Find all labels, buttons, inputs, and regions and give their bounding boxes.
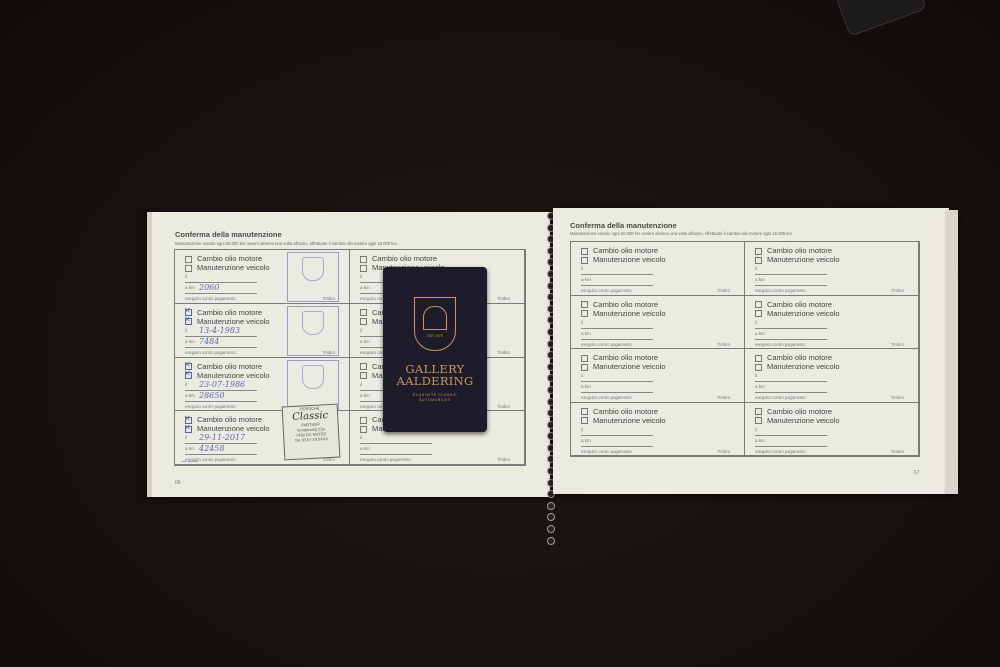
km-line: a km xyxy=(755,331,827,340)
option-label: Manutenzione veicolo xyxy=(767,255,840,264)
service-entry: Cambio olio motoreManutenzione veicoloil… xyxy=(745,296,919,350)
stamp-label: Timbro xyxy=(891,395,904,400)
date-line: il xyxy=(185,274,257,283)
checkbox-icon xyxy=(581,257,588,264)
service-option: Manutenzione veicolo xyxy=(185,317,270,326)
paid-label: eseguito contro pagamento xyxy=(755,288,806,293)
checkbox-icon xyxy=(581,408,588,415)
checkbox-icon xyxy=(581,301,588,308)
stamp-label: Timbro xyxy=(717,288,730,293)
oil-change-option: Cambio olio motore xyxy=(185,254,262,263)
oil-change-option: Cambio olio motore xyxy=(185,415,262,424)
option-label: Cambio olio motore xyxy=(593,407,658,416)
stamp-label: Timbro xyxy=(497,296,510,301)
checkbox-icon xyxy=(755,355,762,362)
option-label: Manutenzione veicolo xyxy=(197,371,270,380)
km-label: a km xyxy=(581,438,591,443)
paid-label: eseguito contro pagamento xyxy=(360,457,411,462)
service-entry: Cambio olio motoreManutenzione veicoloil… xyxy=(175,411,350,465)
page-title: Conferma della manutenzione xyxy=(175,230,282,239)
option-label: Cambio olio motore xyxy=(197,254,262,263)
crest-icon xyxy=(302,311,324,335)
date-line: il xyxy=(581,427,653,436)
checkbox-icon xyxy=(755,257,762,264)
date-line: il xyxy=(755,320,827,329)
service-entry: Cambio olio motoreManutenzione veicoloil… xyxy=(175,358,350,412)
checkbox-icon xyxy=(581,310,588,317)
dealer-stamp xyxy=(287,360,339,410)
service-entry: Cambio olio motoreManutenzione veicoloil… xyxy=(571,296,745,350)
km-label: a km xyxy=(360,393,370,398)
km-line: a km xyxy=(581,438,653,447)
stamp-label: Timbro xyxy=(891,342,904,347)
option-label: Manutenzione veicolo xyxy=(593,309,666,318)
checkbox-icon xyxy=(581,364,588,371)
checkbox-icon xyxy=(360,426,367,433)
checkbox-icon xyxy=(360,417,367,424)
handwritten-km: 7484 xyxy=(199,337,219,346)
checkbox-icon xyxy=(755,408,762,415)
km-label: a km xyxy=(581,384,591,389)
oil-change-option: Cambio olio motore xyxy=(581,246,658,255)
service-entry: Cambio olio motoreManutenzione veicoloil… xyxy=(175,250,350,304)
option-label: Manutenzione veicolo xyxy=(197,263,270,272)
page-number: 67 xyxy=(914,470,920,476)
km-label: a km xyxy=(360,285,370,290)
option-label: Manutenzione veicolo xyxy=(767,416,840,425)
service-option: Manutenzione veicolo xyxy=(581,362,666,371)
date-line: il xyxy=(581,373,653,382)
paid-label: eseguito contro pagamento xyxy=(185,404,236,409)
page-subtitle: Manutenzione veicolo ogni 20.000 km ovve… xyxy=(175,241,398,246)
km-label: a km xyxy=(185,339,195,344)
handwritten-km: 2060 xyxy=(199,283,219,292)
km-label: a km xyxy=(755,331,765,336)
page-edge xyxy=(946,210,958,494)
stamp-label: Timbro xyxy=(717,395,730,400)
dealer-stamp xyxy=(287,252,339,302)
option-label: Cambio olio motore xyxy=(593,246,658,255)
option-label: Manutenzione veicolo xyxy=(197,424,270,433)
service-entry: Cambio olio motoreManutenzione veicoloil… xyxy=(745,242,919,296)
service-option: Manutenzione veicolo xyxy=(755,309,840,318)
km-label: a km xyxy=(185,446,195,451)
km-line: a km xyxy=(581,331,653,340)
date-line: il xyxy=(755,427,827,436)
km-line: a km xyxy=(581,277,653,286)
stamp-label: Timbro xyxy=(497,350,510,355)
option-label: Cambio olio motore xyxy=(767,407,832,416)
page-subtitle: Manutenzione veicolo ogni 20.000 km ovve… xyxy=(570,231,793,236)
paid-label: eseguito contro pagamento xyxy=(755,449,806,454)
oil-change-option: Cambio olio motore xyxy=(581,407,658,416)
km-label: a km xyxy=(185,393,195,398)
paid-label: eseguito contro pagamento xyxy=(755,395,806,400)
page-number: 66 xyxy=(175,480,181,486)
checkbox-icon xyxy=(185,256,192,263)
stamp-label: Timbro xyxy=(717,342,730,347)
km-label: a km xyxy=(581,277,591,282)
tagline-line-2: AUTOMOBILES xyxy=(383,398,487,403)
checkbox-icon xyxy=(755,310,762,317)
km-line: a km xyxy=(185,339,257,348)
km-line: a km xyxy=(360,446,432,455)
est-label: EST 1975 xyxy=(415,334,455,338)
checkbox-icon xyxy=(581,417,588,424)
handwritten-signature: ~~~ xyxy=(181,458,199,466)
handwritten-date: 29-11-2017 xyxy=(199,433,245,442)
oil-change-option: Cambio olio motore xyxy=(581,300,658,309)
left-page: Conferma della manutenzione Manutenzione… xyxy=(147,212,550,497)
service-option: Manutenzione veicolo xyxy=(185,371,270,380)
stamp-label: Timbro xyxy=(497,457,510,462)
date-line: il xyxy=(581,320,653,329)
option-label: Manutenzione veicolo xyxy=(767,362,840,371)
date-line: il xyxy=(755,373,827,382)
option-label: Cambio olio motore xyxy=(197,362,262,371)
option-label: Cambio olio motore xyxy=(767,246,832,255)
brand-tagline: EXQUISITE CLASSIC AUTOMOBILES xyxy=(383,393,487,403)
coil-ring xyxy=(547,513,555,521)
checkbox-icon xyxy=(360,363,367,370)
page-title: Conferma della manutenzione xyxy=(570,221,677,230)
option-label: Cambio olio motore xyxy=(197,415,262,424)
checkbox-icon xyxy=(581,355,588,362)
oil-change-option: Cambio olio motore xyxy=(360,254,437,263)
option-label: Cambio olio motore xyxy=(593,353,658,362)
service-option: Manutenzione veicolo xyxy=(755,416,840,425)
porsche-classic-stamp: PORSCHE Classic PARTNER Vonderweg 23a 74… xyxy=(282,404,341,461)
handwritten-date: 13-4-1983 xyxy=(199,326,240,335)
oil-change-option: Cambio olio motore xyxy=(755,407,832,416)
checkbox-icon xyxy=(360,256,367,263)
crest-icon xyxy=(302,257,324,281)
km-line: a km xyxy=(755,384,827,393)
checkbox-icon xyxy=(185,426,192,433)
right-page: Conferma della manutenzione Manutenzione… xyxy=(553,208,949,494)
checkbox-icon xyxy=(185,318,192,325)
stamp-label: Timbro xyxy=(497,404,510,409)
brand-name: GALLERY AALDERING xyxy=(383,363,487,387)
stamp-phone: Tel. 0547-XXXXXX xyxy=(284,436,338,444)
service-entry: Cambio olio motoreManutenzione veicoloil… xyxy=(571,403,745,457)
service-entry: Cambio olio motoreManutenzione veicoloil… xyxy=(745,349,919,403)
stamp-label: Timbro xyxy=(891,449,904,454)
service-option: Manutenzione veicolo xyxy=(581,416,666,425)
paid-label: eseguito contro pagamento xyxy=(581,449,632,454)
checkbox-icon xyxy=(360,318,367,325)
checkbox-icon xyxy=(581,248,588,255)
paid-label: eseguito contro pagamento xyxy=(755,342,806,347)
option-label: Cambio olio motore xyxy=(593,300,658,309)
service-option: Manutenzione veicolo xyxy=(185,263,270,272)
brand-line-2: AALDERING xyxy=(383,375,487,387)
checkbox-icon xyxy=(360,309,367,316)
phone-corner xyxy=(835,0,927,37)
handwritten-date: 23-07-1986 xyxy=(199,380,245,389)
km-label: a km xyxy=(185,285,195,290)
km-label: a km xyxy=(360,339,370,344)
gallery-aaldering-bookmark: EST 1975 GALLERY AALDERING EXQUISITE CLA… xyxy=(383,267,487,432)
km-label: a km xyxy=(755,384,765,389)
km-label: a km xyxy=(581,331,591,336)
option-label: Manutenzione veicolo xyxy=(593,255,666,264)
oil-change-option: Cambio olio motore xyxy=(755,246,832,255)
date-line: il xyxy=(755,266,827,275)
option-label: Cambio olio motore xyxy=(372,254,437,263)
paid-label: eseguito contro pagamento xyxy=(581,288,632,293)
checkbox-icon xyxy=(755,301,762,308)
option-label: Cambio olio motore xyxy=(197,308,262,317)
page-edge xyxy=(147,212,152,497)
checkbox-icon xyxy=(360,265,367,272)
coil-ring xyxy=(547,537,555,545)
dealer-stamp xyxy=(287,306,339,356)
checkbox-icon xyxy=(755,364,762,371)
option-label: Manutenzione veicolo xyxy=(593,416,666,425)
option-label: Manutenzione veicolo xyxy=(197,317,270,326)
oil-change-option: Cambio olio motore xyxy=(185,308,262,317)
service-entry: Cambio olio motoreManutenzione veicoloil… xyxy=(571,242,745,296)
option-label: Cambio olio motore xyxy=(767,353,832,362)
km-line: a km xyxy=(185,285,257,294)
service-option: Manutenzione veicolo xyxy=(755,255,840,264)
checkbox-icon xyxy=(755,417,762,424)
option-label: Manutenzione veicolo xyxy=(593,362,666,371)
paid-label: eseguito contro pagamento xyxy=(185,296,236,301)
handwritten-km: 42458 xyxy=(199,444,224,453)
oil-change-option: Cambio olio motore xyxy=(755,300,832,309)
building-crest-icon: EST 1975 xyxy=(414,297,456,351)
service-entry: Cambio olio motoreManutenzione veicoloil… xyxy=(175,304,350,358)
oil-change-option: Cambio olio motore xyxy=(581,353,658,362)
paid-label: eseguito contro pagamento xyxy=(581,342,632,347)
crest-icon xyxy=(302,365,324,389)
date-line: il xyxy=(581,266,653,275)
handwritten-km: 28650 xyxy=(199,391,224,400)
stamp-label: Timbro xyxy=(891,288,904,293)
service-option: Manutenzione veicolo xyxy=(581,309,666,318)
coil-ring xyxy=(547,525,555,533)
date-line: il xyxy=(360,435,432,444)
option-label: Cambio olio motore xyxy=(767,300,832,309)
km-label: a km xyxy=(755,277,765,282)
service-entry: Cambio olio motoreManutenzione veicoloil… xyxy=(571,349,745,403)
service-option: Manutenzione veicolo xyxy=(581,255,666,264)
service-option: Manutenzione veicolo xyxy=(755,362,840,371)
service-option: Manutenzione veicolo xyxy=(185,424,270,433)
service-grid: Cambio olio motoreManutenzione veicoloil… xyxy=(570,241,920,457)
oil-change-option: Cambio olio motore xyxy=(185,362,262,371)
km-line: a km xyxy=(755,277,827,286)
paid-label: eseguito contro pagamento xyxy=(185,350,236,355)
km-label: a km xyxy=(755,438,765,443)
checkbox-icon xyxy=(755,248,762,255)
oil-change-option: Cambio olio motore xyxy=(755,353,832,362)
checkbox-icon xyxy=(360,372,367,379)
checkbox-icon xyxy=(185,265,192,272)
service-entry: Cambio olio motoreManutenzione veicoloil… xyxy=(745,403,919,457)
option-label: Manutenzione veicolo xyxy=(767,309,840,318)
km-line: a km xyxy=(755,438,827,447)
km-line: a km xyxy=(581,384,653,393)
coil-ring xyxy=(547,502,555,510)
paid-label: eseguito contro pagamento xyxy=(581,395,632,400)
km-label: a km xyxy=(360,446,370,451)
stamp-label: Timbro xyxy=(717,449,730,454)
checkbox-icon xyxy=(185,372,192,379)
